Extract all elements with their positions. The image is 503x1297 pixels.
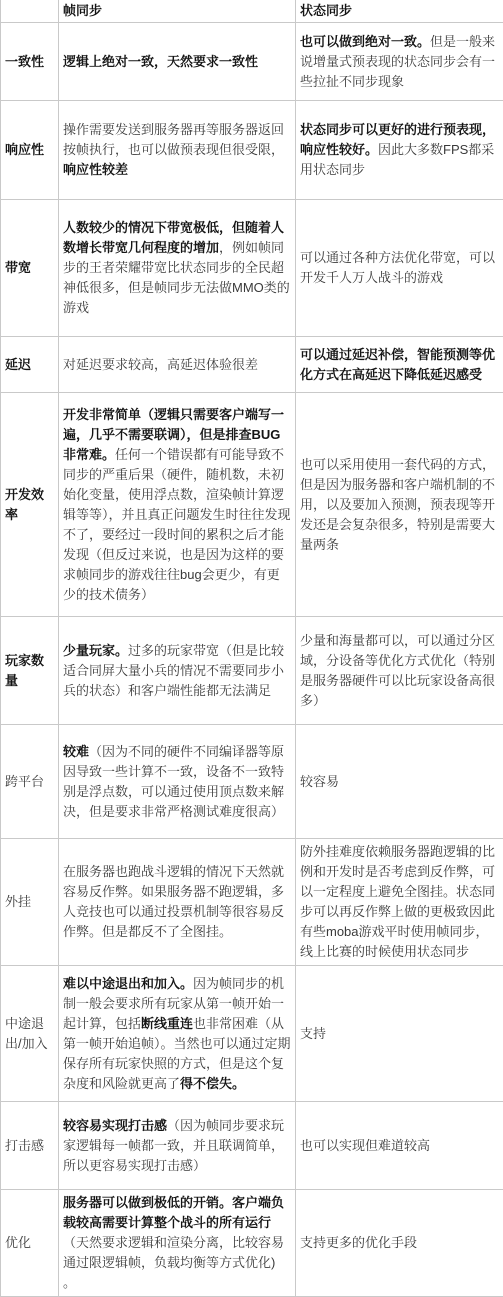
table-row: 开发效率开发非常简单（逻辑只需要客户端写一遍，几乎不需要联调），但是排查BUG非…	[1, 393, 503, 617]
table-row: 优化服务器可以做到极低的开销。客户端负载较高需要计算整个战斗的所有运行（天然要求…	[1, 1190, 503, 1297]
text-segment: （因为不同的硬件不同编译器等原因导致一些计算不一致，设备不一致特别是浮点数，可以…	[63, 744, 284, 819]
corner-cell	[1, 0, 59, 23]
cell-frame-sync: 较难（因为不同的硬件不同编译器等原因导致一些计算不一致，设备不一致特别是浮点数，…	[59, 725, 296, 839]
text-segment: 断线重连	[141, 1016, 193, 1031]
cell-frame-sync: 较容易实现打击感（因为帧同步要求玩家逻辑每一帧都一致，并且联调简单，所以更容易实…	[59, 1102, 296, 1190]
text-segment: 也可以实现但难道较高	[300, 1138, 430, 1153]
table-row: 响应性操作需要发送到服务器再等服务器返回按帧执行，也可以做预表现但很受限，响应性…	[1, 101, 503, 200]
cell-frame-sync: 开发非常简单（逻辑只需要客户端写一遍，几乎不需要联调），但是排查BUG非常难。任…	[59, 393, 296, 617]
text-segment: 支持更多的优化手段	[300, 1235, 417, 1250]
text-segment: 难以中途退出和加入。	[63, 976, 193, 991]
text-segment: 支持	[300, 1026, 326, 1041]
column-header-state-sync: 状态同步	[296, 0, 503, 23]
text-segment: 响应性较差	[63, 162, 128, 177]
text-segment: 可以通过各种方法优化带宽，可以开发千人万人战斗的游戏	[300, 250, 495, 285]
table-row: 打击感较容易实现打击感（因为帧同步要求玩家逻辑每一帧都一致，并且联调简单，所以更…	[1, 1102, 503, 1190]
cell-state-sync: 支持	[296, 966, 503, 1102]
row-label: 带宽	[1, 200, 59, 337]
cell-frame-sync: 操作需要发送到服务器再等服务器返回按帧执行，也可以做预表现但很受限，响应性较差	[59, 101, 296, 200]
cell-state-sync: 状态同步可以更好的进行预表现，响应性较好。因此大多数FPS都采用状态同步	[296, 101, 503, 200]
row-label: 一致性	[1, 23, 59, 101]
table-header-row: 帧同步 状态同步	[1, 0, 503, 23]
row-label: 打击感	[1, 1102, 59, 1190]
table-row: 延迟对延迟要求较高，高延迟体验很差可以通过延迟补偿，智能预测等优化方式在高延迟下…	[1, 337, 503, 393]
table-row: 一致性逻辑上绝对一致，天然要求一致性也可以做到绝对一致。但是一般来说增量式预表现…	[1, 23, 503, 101]
cell-frame-sync: 逻辑上绝对一致，天然要求一致性	[59, 23, 296, 101]
text-segment: 得不偿失。	[180, 1076, 245, 1091]
text-segment: 逻辑上绝对一致，天然要求一致性	[63, 54, 258, 69]
cell-frame-sync: 在服务器也跑战斗逻辑的情况下天然就容易反作弊。如果服务器不跑逻辑，多人竞技也可以…	[59, 839, 296, 966]
table-body: 一致性逻辑上绝对一致，天然要求一致性也可以做到绝对一致。但是一般来说增量式预表现…	[1, 23, 503, 1297]
row-label: 开发效率	[1, 393, 59, 617]
sync-comparison-table: 帧同步 状态同步 一致性逻辑上绝对一致，天然要求一致性也可以做到绝对一致。但是一…	[0, 0, 503, 1297]
cell-frame-sync: 对延迟要求较高，高延迟体验很差	[59, 337, 296, 393]
row-label: 中途退出/加入	[1, 966, 59, 1102]
row-label: 玩家数量	[1, 617, 59, 725]
text-segment: 防外挂难度依赖服务器跑逻辑的比例和开发时是否考虑到反作弊，可以一定程度上避免全图…	[300, 844, 495, 959]
table-row: 跨平台较难（因为不同的硬件不同编译器等原因导致一些计算不一致，设备不一致特别是浮…	[1, 725, 503, 839]
column-header-frame-sync: 帧同步	[59, 0, 296, 23]
row-label: 响应性	[1, 101, 59, 200]
text-segment: 也可以做到绝对一致。	[300, 34, 430, 49]
text-segment: 也可以采用使用一套代码的方式，但是因为服务器和客户端机制的不用，以及要加入预测，…	[300, 457, 495, 552]
text-segment: 在服务器也跑战斗逻辑的情况下天然就容易反作弊。如果服务器不跑逻辑，多人竞技也可以…	[63, 864, 284, 939]
cell-state-sync: 也可以采用使用一套代码的方式，但是因为服务器和客户端机制的不用，以及要加入预测，…	[296, 393, 503, 617]
table-row: 中途退出/加入难以中途退出和加入。因为帧同步的机制一般会要求所有玩家从第一帧开始…	[1, 966, 503, 1102]
cell-state-sync: 也可以做到绝对一致。但是一般来说增量式预表现的状态同步会有一些拉扯不同步现象	[296, 23, 503, 101]
table-row: 外挂在服务器也跑战斗逻辑的情况下天然就容易反作弊。如果服务器不跑逻辑，多人竞技也…	[1, 839, 503, 966]
text-segment: 少量玩家。	[63, 643, 128, 658]
cell-frame-sync: 少量玩家。过多的玩家带宽（但是比较适合同屏大量小兵的情况不需要同步小兵的状态）和…	[59, 617, 296, 725]
cell-state-sync: 可以通过各种方法优化带宽，可以开发千人万人战斗的游戏	[296, 200, 503, 337]
table-row: 玩家数量少量玩家。过多的玩家带宽（但是比较适合同屏大量小兵的情况不需要同步小兵的…	[1, 617, 503, 725]
cell-state-sync: 较容易	[296, 725, 503, 839]
text-segment: 较难	[63, 744, 89, 759]
text-segment: 任何一个错误都有可能导致不同步的严重后果（硬件，随机数，未初始化变量，使用浮点数…	[63, 447, 291, 602]
cell-state-sync: 少量和海量都可以，可以通过分区域，分设备等优化方式优化（特别是服务器硬件可以比玩…	[296, 617, 503, 725]
row-label: 优化	[1, 1190, 59, 1297]
row-label: 跨平台	[1, 725, 59, 839]
text-segment: 可以通过延迟补偿，智能预测等优化方式在高延迟下降低延迟感受	[300, 347, 495, 382]
row-label: 外挂	[1, 839, 59, 966]
text-segment: 较容易	[300, 774, 339, 789]
text-segment: 对延迟要求较高，高延迟体验很差	[63, 357, 258, 372]
cell-state-sync: 防外挂难度依赖服务器跑逻辑的比例和开发时是否考虑到反作弊，可以一定程度上避免全图…	[296, 839, 503, 966]
cell-frame-sync: 人数较少的情况下带宽极低，但随着人数增长带宽几何程度的增加，例如帧同步的王者荣耀…	[59, 200, 296, 337]
cell-state-sync: 可以通过延迟补偿，智能预测等优化方式在高延迟下降低延迟感受	[296, 337, 503, 393]
text-segment: 服务器可以做到极低的开销。客户端负载较高需要计算整个战斗的所有运行	[63, 1195, 284, 1230]
text-segment: （天然要求逻辑和渲染分离，比较容易通过限逻辑帧，负载均衡等方式优化) 。	[63, 1235, 284, 1290]
text-segment: 操作需要发送到服务器再等服务器返回按帧执行，也可以做预表现但很受限，	[63, 122, 284, 157]
table-row: 带宽人数较少的情况下带宽极低，但随着人数增长带宽几何程度的增加，例如帧同步的王者…	[1, 200, 503, 337]
cell-state-sync: 支持更多的优化手段	[296, 1190, 503, 1297]
row-label: 延迟	[1, 337, 59, 393]
cell-state-sync: 也可以实现但难道较高	[296, 1102, 503, 1190]
cell-frame-sync: 难以中途退出和加入。因为帧同步的机制一般会要求所有玩家从第一帧开始一起计算，包括…	[59, 966, 296, 1102]
text-segment: 较容易实现打击感	[63, 1118, 167, 1133]
text-segment: 少量和海量都可以，可以通过分区域，分设备等优化方式优化（特别是服务器硬件可以比玩…	[300, 633, 495, 708]
cell-frame-sync: 服务器可以做到极低的开销。客户端负载较高需要计算整个战斗的所有运行（天然要求逻辑…	[59, 1190, 296, 1297]
